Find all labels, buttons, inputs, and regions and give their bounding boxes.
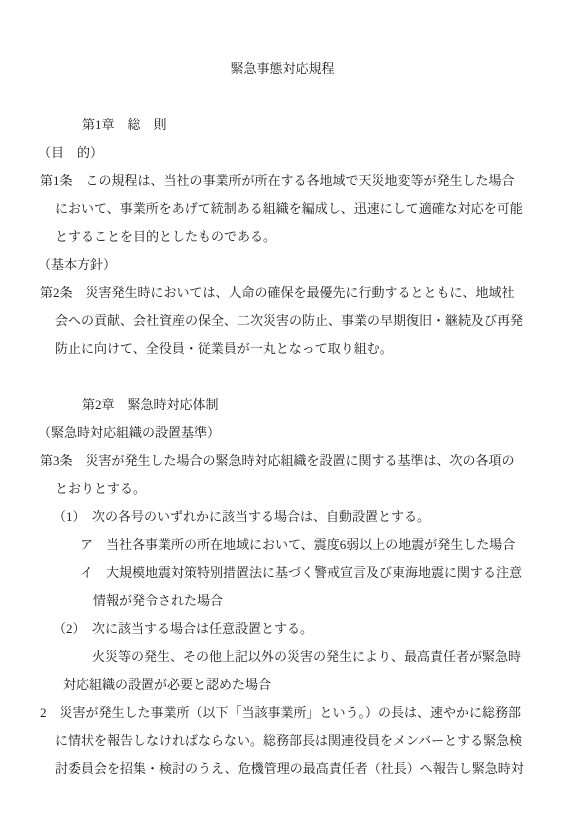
chapter-heading: 第1章 総 則 bbox=[0, 111, 565, 139]
lettered-subitem-line: イ 大規模地震対策特別措置法に基づく警戒宣言及び東海地震に関する注意 bbox=[0, 559, 565, 587]
numbered-item-line: （2） 次に該当する場合は任意設置とする。 bbox=[0, 615, 565, 643]
chapter-heading: 第2章 緊急時対応体制 bbox=[0, 391, 565, 419]
article-continuation-line: において、事業所をあげて統制ある組織を編成し、迅速にして適確な対応を可能 bbox=[0, 195, 565, 223]
blank-line bbox=[0, 83, 565, 111]
lettered-subitem-line: ア 当社各事業所の所在地域において、震度6弱以上の地震が発生した場合 bbox=[0, 531, 565, 559]
article-continuation-line: に情状を報告しなければならない。総務部長は関連役員をメンバーとする緊急検 bbox=[0, 727, 565, 755]
section-label: （目 的） bbox=[0, 139, 565, 167]
article-continuation-line: とすることを目的としたものである。 bbox=[0, 223, 565, 251]
document-title: 緊急事態対応規程 bbox=[0, 55, 565, 83]
article-continuation-line: 会への貢献、会社資産の保全、二次災害の防止、事業の早期復旧・継続及び再発 bbox=[0, 307, 565, 335]
paragraph-continuation-line: 対応組織の設置が必要と認めた場合 bbox=[0, 671, 565, 699]
document-page: 緊急事態対応規程第1章 総 則（目 的）第1条 この規程は、当社の事業所が所在す… bbox=[0, 0, 565, 832]
document-body: 緊急事態対応規程第1章 総 則（目 的）第1条 この規程は、当社の事業所が所在す… bbox=[0, 55, 565, 783]
blank-line bbox=[0, 363, 565, 391]
article-continuation-line: 防止に向けて、全役員・従業員が一丸となって取り組む。 bbox=[0, 335, 565, 363]
article-continuation-line: とおりとする。 bbox=[0, 475, 565, 503]
numbered-item-line: （1） 次の各号のいずれかに該当する場合は、自動設置とする。 bbox=[0, 503, 565, 531]
subitem-continuation-line: 情報が発令された場合 bbox=[0, 587, 565, 615]
article-first-line: 第3条 災害が発生した場合の緊急時対応組織を設置に関する基準は、次の各項の bbox=[0, 447, 565, 475]
paragraph-first-line: 火災等の発生、その他上記以外の災害の発生により、最高責任者が緊急時 bbox=[0, 643, 565, 671]
article-continuation-line: 討委員会を招集・検討のうえ、危機管理の最高責任者（社長）へ報告し緊急時対 bbox=[0, 755, 565, 783]
article-first-line: 2 災害が発生した事業所（以下「当該事業所」という。）の長は、速やかに総務部 bbox=[0, 699, 565, 727]
section-label: （基本方針） bbox=[0, 251, 565, 279]
article-first-line: 第1条 この規程は、当社の事業所が所在する各地域で天災地変等が発生した場合 bbox=[0, 167, 565, 195]
article-first-line: 第2条 災害発生時においては、人命の確保を最優先に行動するとともに、地域社 bbox=[0, 279, 565, 307]
section-label: （緊急時対応組織の設置基準） bbox=[0, 419, 565, 447]
